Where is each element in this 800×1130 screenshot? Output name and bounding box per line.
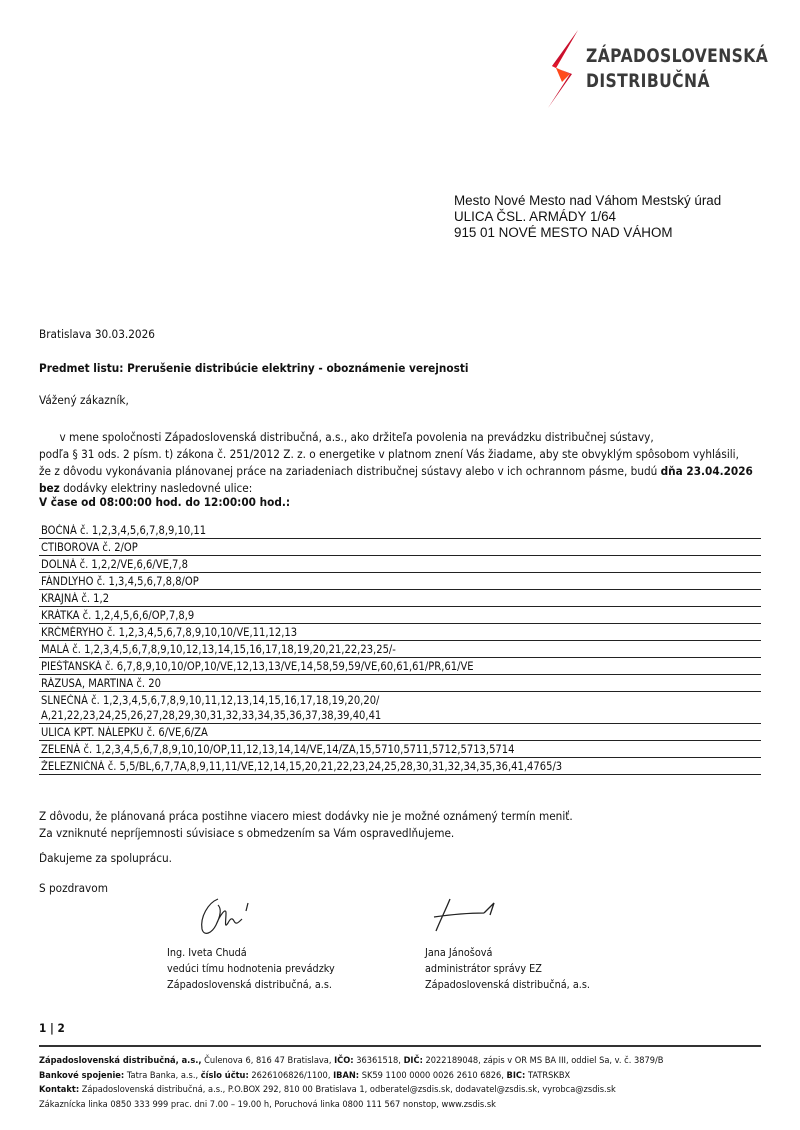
company-logo: ZÁPADOSLOVENSKÁ DISTRIBUČNÁ: [548, 30, 778, 110]
footer-line-hotline: Zákaznícka linka 0850 333 999 prac. dni …: [39, 1098, 663, 1113]
street-row: PIEŠŤANSKÁ č. 6,7,8,9,10,10/OP,10/VE,12,…: [39, 658, 761, 675]
recipient-street: ULICA ČSL. ARMÁDY 1/64: [454, 209, 721, 225]
street-text: KRAJNÁ č. 1,2: [41, 591, 109, 606]
signature-1: [196, 895, 256, 940]
paragraph-text: dodávky elektriny nasledovné ulice:: [60, 482, 253, 495]
logo-wordmark: ZÁPADOSLOVENSKÁ DISTRIBUČNÁ: [586, 44, 768, 94]
paragraph-line: v mene spoločnosti Západoslovenská distr…: [39, 429, 753, 446]
regards-line: S pozdravom: [39, 882, 108, 895]
signatory-company: Západoslovenská distribučná, a.s.: [425, 977, 590, 993]
letter-intro-paragraph: v mene spoločnosti Západoslovenská distr…: [39, 429, 753, 497]
footer-text: TATRSKBX: [525, 1070, 570, 1081]
footer-bold: IBAN:: [333, 1070, 359, 1081]
street-row: RÁZUSA, MARTINA č. 20: [39, 675, 761, 692]
letter-date: Bratislava 30.03.2026: [39, 328, 155, 341]
recipient-city: 915 01 NOVÉ MESTO NAD VÁHOM: [454, 225, 721, 241]
affected-streets-table: BOČNÁ č. 1,2,3,4,5,6,7,8,9,10,11CTIBOROV…: [39, 522, 761, 775]
street-row: ZELENÁ č. 1,2,3,4,5,6,7,8,9,10,10/OP,11,…: [39, 741, 761, 758]
street-text: RÁZUSA, MARTINA č. 20: [41, 676, 161, 691]
street-row: CTIBOROVA č. 2/OP: [39, 539, 761, 556]
signatory-name: Ing. Iveta Chudá: [167, 945, 335, 961]
letter-page: ZÁPADOSLOVENSKÁ DISTRIBUČNÁ Mesto Nové M…: [0, 0, 800, 1130]
footer-text: 2022189048, zápis v OR MS BA III, oddiel…: [423, 1055, 664, 1066]
street-text: ZELENÁ č. 1,2,3,4,5,6,7,8,9,10,10/OP,11,…: [41, 742, 514, 757]
recipient-address: Mesto Nové Mesto nad Váhom Mestský úrad …: [454, 193, 721, 241]
street-row: DOLNÁ č. 1,2,2/VE,6,6/VE,7,8: [39, 556, 761, 573]
street-row: SLNEČNÁ č. 1,2,3,4,5,6,7,8,9,10,11,12,13…: [39, 692, 761, 724]
company-footer: Západoslovenská distribučná, a.s., Čulen…: [39, 1054, 663, 1112]
street-text: FÁNDLYHO č. 1,3,4,5,6,7,8,8/OP: [41, 574, 199, 589]
footer-text: Západoslovenská distribučná, a.s., P.O.B…: [79, 1084, 616, 1095]
footer-text: 36361518,: [354, 1055, 404, 1066]
signatory-name: Jana Jánošová: [425, 945, 590, 961]
street-row: MALÁ č. 1,2,3,4,5,6,7,8,9,10,12,13,14,15…: [39, 641, 761, 658]
signatory-2: Jana Jánošová administrátor správy EZ Zá…: [425, 945, 590, 993]
paragraph-text: že z dôvodu vykonávania plánovanej práce…: [39, 465, 661, 478]
street-row: BOČNÁ č. 1,2,3,4,5,6,7,8,9,10,11: [39, 522, 761, 539]
street-row: ULICA KPT. NÁLEPKU č. 6/VE,6/ZA: [39, 724, 761, 741]
thanks-line: Ďakujeme za spoluprácu.: [39, 852, 172, 865]
letter-greeting: Vážený zákazník,: [39, 394, 129, 407]
footer-divider: [39, 1045, 761, 1047]
footer-bold: Západoslovenská distribučná, a.s.,: [39, 1055, 202, 1066]
signatory-company: Západoslovenská distribučná, a.s.: [167, 977, 335, 993]
street-text: KRÁTKA č. 1,2,4,5,6,6/OP,7,8,9: [41, 608, 194, 623]
signatory-role: vedúci tímu hodnotenia prevádzky: [167, 961, 335, 977]
footer-bold: číslo účtu:: [201, 1070, 249, 1081]
footer-text: SK59 1100 0000 0026 2610 6826,: [359, 1070, 506, 1081]
street-text: KRČMÉRYHO č. 1,2,3,4,5,6,7,8,9,10,10/VE,…: [41, 625, 297, 640]
street-text: MALÁ č. 1,2,3,4,5,6,7,8,9,10,12,13,14,15…: [41, 642, 396, 657]
signatory-1: Ing. Iveta Chudá vedúci tímu hodnotenia …: [167, 945, 335, 993]
footer-line-company: Západoslovenská distribučná, a.s., Čulen…: [39, 1054, 663, 1069]
street-text: ŽELEZNIČNÁ č. 5,5/BL,6,7,7A,8,9,11,11/VE…: [41, 759, 562, 774]
street-text: DOLNÁ č. 1,2,2/VE,6,6/VE,7,8: [41, 557, 188, 572]
street-text: BOČNÁ č. 1,2,3,4,5,6,7,8,9,10,11: [41, 523, 206, 538]
signature-2: [428, 895, 503, 935]
outage-date: dňa 23.04.2026: [661, 465, 753, 478]
street-row: FÁNDLYHO č. 1,3,4,5,6,7,8,8/OP: [39, 573, 761, 590]
paragraph-line: bez dodávky elektriny nasledovné ulice:: [39, 480, 753, 497]
street-text: PIEŠŤANSKÁ č. 6,7,8,9,10,10/OP,10/VE,12,…: [41, 659, 474, 674]
footer-text: Čulenova 6, 816 47 Bratislava,: [202, 1055, 335, 1066]
letter-subject: Predmet listu: Prerušenie distribúcie el…: [39, 362, 468, 375]
recipient-name: Mesto Nové Mesto nad Váhom Mestský úrad: [454, 193, 721, 209]
closing-paragraph: Z dôvodu, že plánovaná práca postihne vi…: [39, 808, 573, 842]
outage-time-slot: V čase od 08:00:00 hod. do 12:00:00 hod.…: [39, 496, 290, 509]
street-row: KRAJNÁ č. 1,2: [39, 590, 761, 607]
closing-line: Za vzniknuté nepríjemnosti súvisiace s o…: [39, 825, 573, 842]
logo-line-2: DISTRIBUČNÁ: [586, 69, 768, 94]
signatory-role: administrátor správy EZ: [425, 961, 590, 977]
footer-bold: BIC:: [507, 1070, 526, 1081]
footer-bold: Bankové spojenie:: [39, 1070, 124, 1081]
street-text: ULICA KPT. NÁLEPKU č. 6/VE,6/ZA: [41, 725, 208, 740]
page-number: 1 | 2: [39, 1022, 65, 1035]
street-row: KRČMÉRYHO č. 1,2,3,4,5,6,7,8,9,10,10/VE,…: [39, 624, 761, 641]
footer-bold: Kontakt:: [39, 1084, 79, 1095]
paragraph-line: podľa § 31 ods. 2 písm. t) zákona č. 251…: [39, 446, 753, 463]
street-text: SLNEČNÁ č. 1,2,3,4,5,6,7,8,9,10,11,12,13…: [41, 693, 381, 723]
footer-line-contact: Kontakt: Západoslovenská distribučná, a.…: [39, 1083, 663, 1098]
paragraph-bold: bez: [39, 482, 60, 495]
closing-line: Z dôvodu, že plánovaná práca postihne vi…: [39, 808, 573, 825]
street-text: CTIBOROVA č. 2/OP: [41, 540, 138, 555]
lightning-bolt-icon: [548, 30, 584, 110]
footer-text: Tatra Banka, a.s.,: [124, 1070, 201, 1081]
footer-text: 2626106826/1100,: [249, 1070, 333, 1081]
logo-line-1: ZÁPADOSLOVENSKÁ: [586, 44, 768, 69]
street-row: ŽELEZNIČNÁ č. 5,5/BL,6,7,7A,8,9,11,11/VE…: [39, 758, 761, 775]
paragraph-line: že z dôvodu vykonávania plánovanej práce…: [39, 463, 753, 480]
footer-bold: DIČ:: [404, 1055, 423, 1066]
footer-line-bank: Bankové spojenie: Tatra Banka, a.s., čís…: [39, 1069, 663, 1084]
street-row: KRÁTKA č. 1,2,4,5,6,6/OP,7,8,9: [39, 607, 761, 624]
footer-bold: IČO:: [334, 1055, 353, 1066]
